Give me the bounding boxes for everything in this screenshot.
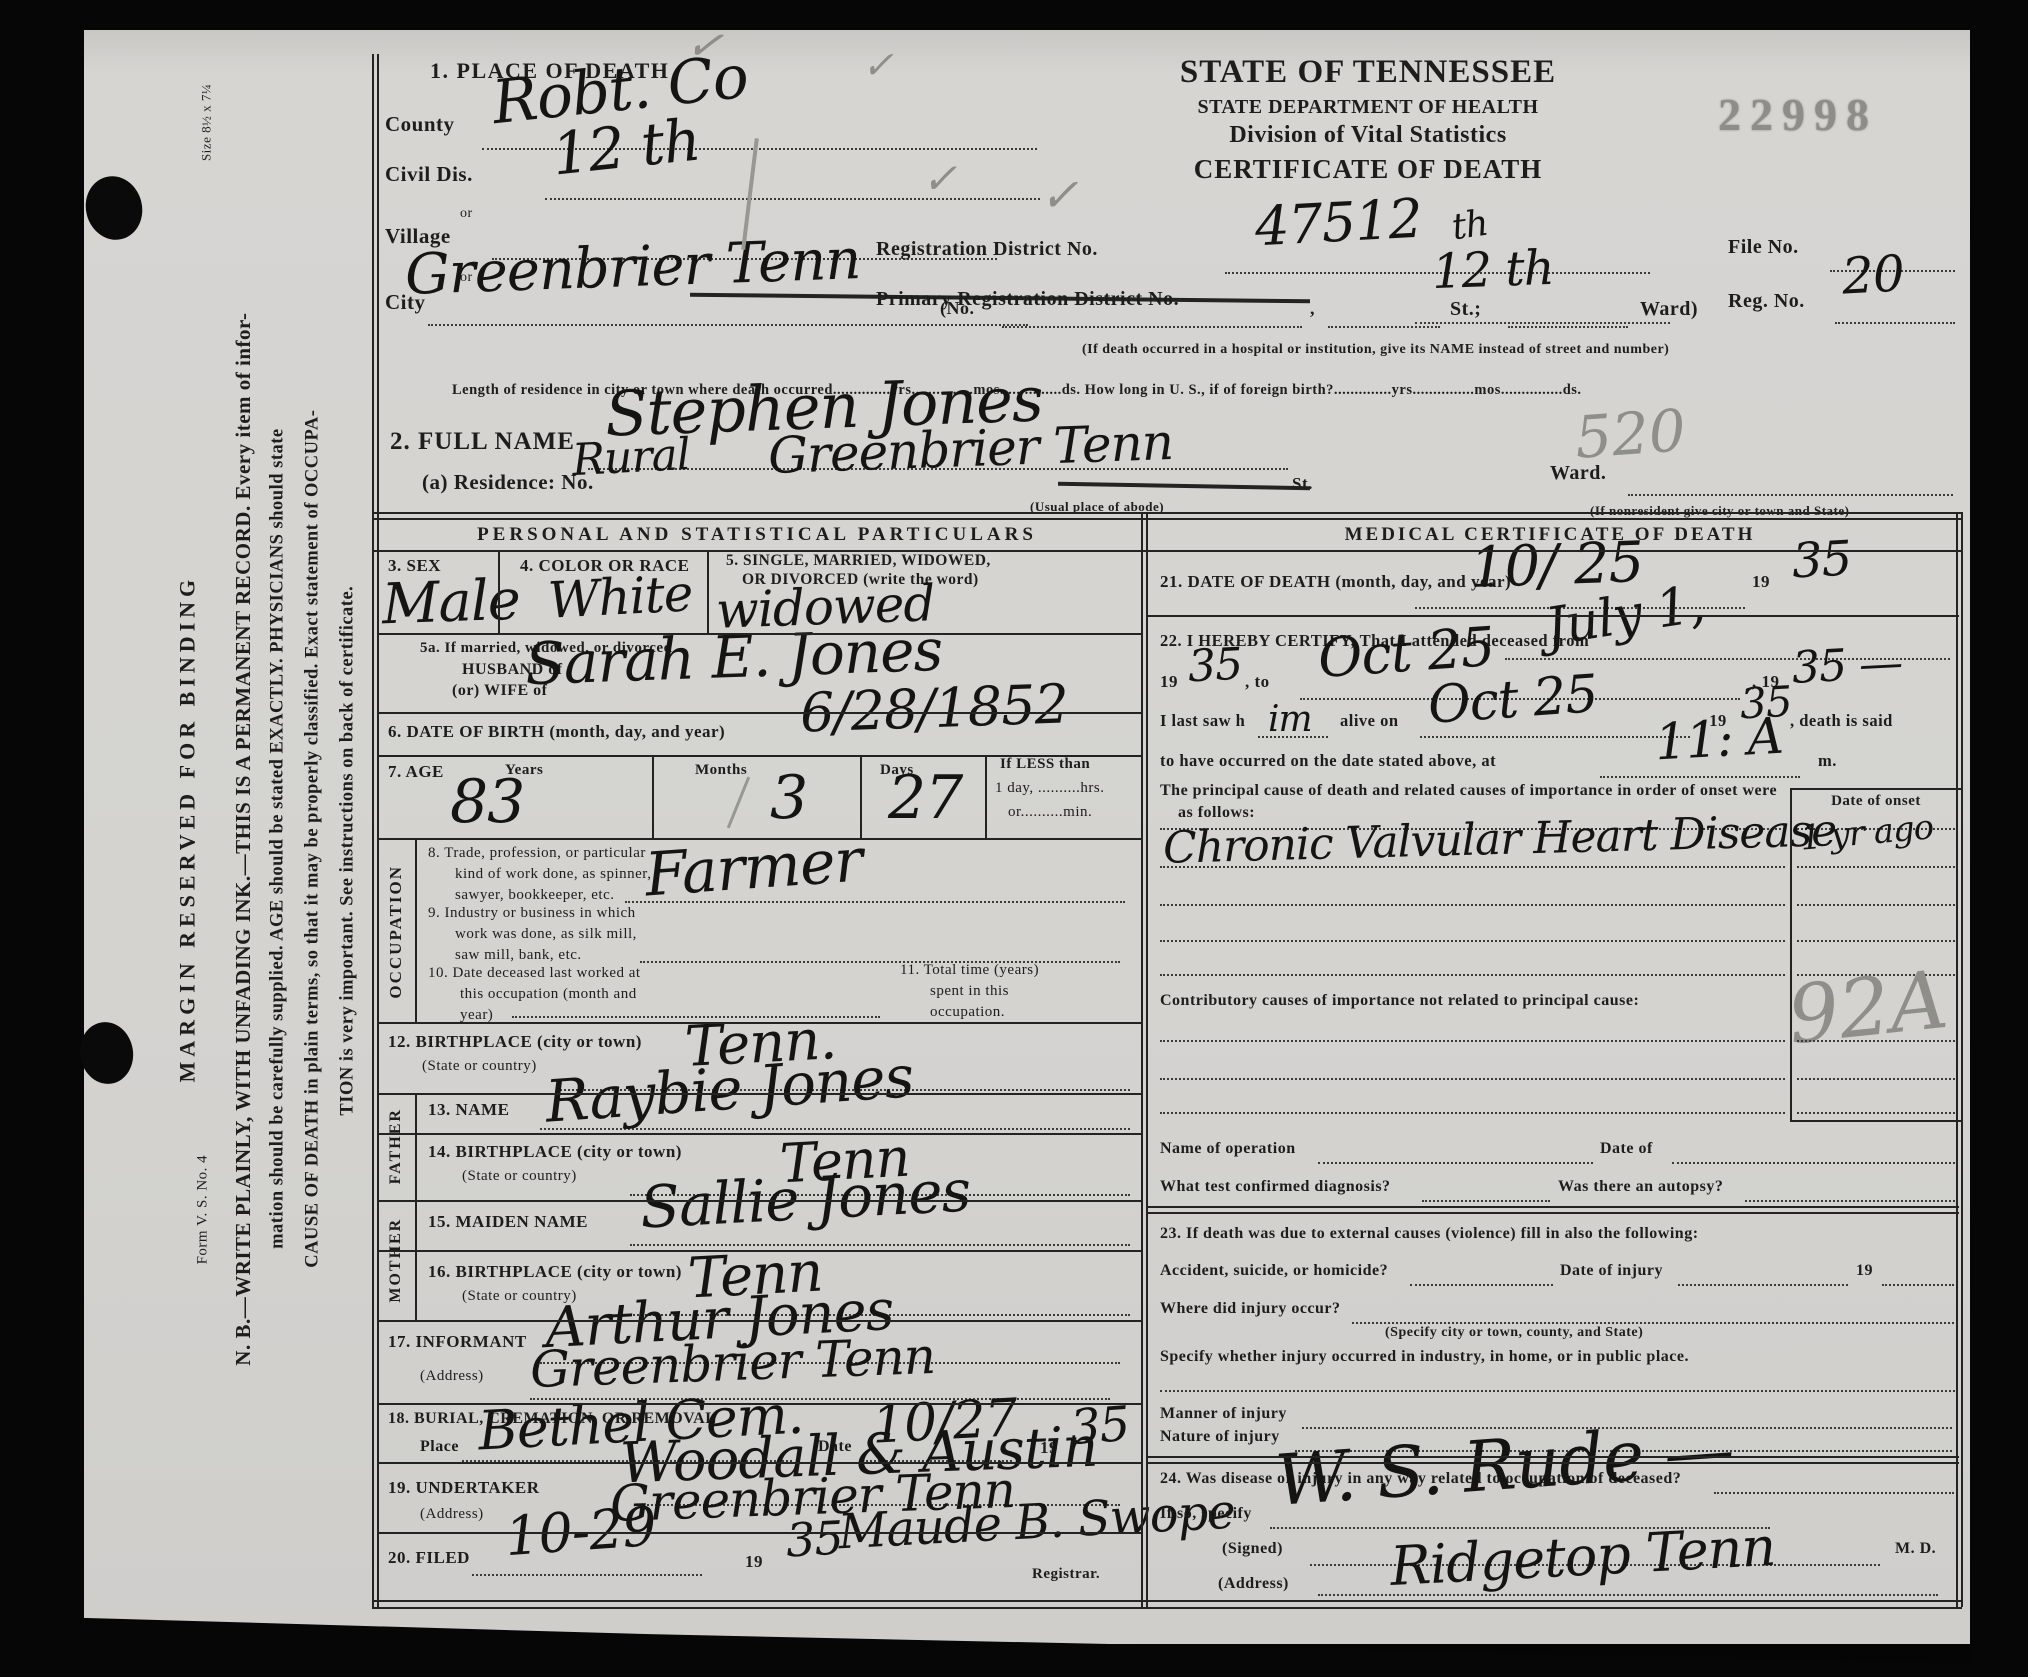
contributory-dotted-line1 [1160,1038,1785,1042]
age-less-label-line1: If LESS than [1000,756,1090,773]
registration-district-value-handwriting: 47512 [1254,192,1423,255]
scan-edge-left [0,0,84,1677]
last-saw-him-handwriting: im [1268,702,1312,738]
ward-dotted-line [1508,324,1628,328]
trade-label-line1: 8. Trade, profession, or particular [428,845,646,862]
certify-year1-handwriting: 35 [1187,643,1243,690]
cause-dotted-line4 [1160,938,1785,942]
father-birthplace-label: 14. BIRTHPLACE (city or town) [428,1142,682,1162]
department-title: STATE DEPARTMENT OF HEALTH [1088,96,1648,119]
city-dotted-line [428,322,1028,326]
last-saw-dotted-line2 [1420,734,1690,738]
rule-sex-race-divider [498,550,500,633]
certify-year2-handwriting: 35 — [1791,641,1903,691]
injury-date-label: Date of injury [1560,1262,1663,1280]
informant-label: 17. INFORMANT [388,1332,527,1352]
principal-cause-label-line1: The principal cause of death and related… [1160,782,1777,800]
primary-registration-label: Primary Registration District No. [876,288,1179,311]
alive-on-label: alive on [1340,712,1399,731]
father-vertical-label: FATHER [387,1096,405,1196]
margin-nb-line1: N. B.—WRITE PLAINLY, WITH UNFADING INK.—… [231,79,255,1599]
contributory-onset-dotted-line3 [1797,1110,1955,1114]
father-name-label: 13. NAME [428,1100,509,1120]
test-label: What test confirmed diagnosis? [1160,1178,1391,1196]
rule-right-row1 [1147,615,1959,617]
rule-left-border-1 [372,54,374,1607]
rule-left-row5 [378,1022,1141,1024]
residence-street-label: St. [1292,474,1313,494]
race-value-handwriting: White [547,568,694,625]
date-of-birth-value-handwriting: 6/28/1852 [799,677,1069,740]
residence-city-handwriting: Greenbrier Tenn [767,417,1173,481]
filed-dotted-line [472,1572,702,1576]
civil-district-label: Civil Dis. [385,162,473,186]
accident-label: Accident, suicide, or homicide? [1160,1262,1388,1280]
contributory-onset-dotted-line2 [1797,1076,1955,1080]
filed-year-handwriting: 35 [785,1515,844,1564]
age-months-value-handwriting: 3 [770,768,807,828]
contributory-onset-dotted-line1 [1797,1038,1955,1042]
signed-label: (Signed) [1222,1540,1283,1558]
contributory-dotted-line3 [1160,1110,1785,1114]
last-worked-label-line1: 10. Date deceased last worked at [428,965,641,982]
test-dotted-line [1422,1198,1550,1202]
age-label: 7. AGE [388,762,444,782]
nature-of-injury-label: Nature of injury [1160,1428,1280,1446]
margin-form-number: Form V. S. No. 4 [194,1125,211,1295]
mother-name-value-handwriting: Sallie Jones [639,1161,972,1236]
last-saw-date-handwriting: Oct 25 [1426,668,1599,732]
md-label: M. D. [1895,1540,1936,1558]
age-months-label: Months [695,762,747,779]
injury-extra-dotted-line [1160,1388,1955,1392]
trade-label-line2: kind of work done, as spinner, [455,866,651,883]
mother-birthplace-label: 16. BIRTHPLACE (city or town) [428,1262,682,1282]
rule-left-row11 [378,1403,1141,1405]
rule-left-row8 [378,1200,1141,1202]
rule-bottom-double-2 [372,1607,1962,1609]
onset-dotted-line4 [1797,938,1955,942]
street-number-label: (No. [940,298,975,319]
contributory-label: Contributory causes of importance not re… [1160,992,1639,1010]
registration-district-label: Registration District No. [876,238,1098,261]
rule-occupation-label-divider [415,838,417,1022]
total-time-label-line1: 11. Total time (years) [900,962,1039,979]
rule-left-row6 [378,1093,1141,1095]
rule-right-double2a [1147,1456,1959,1458]
rule-age-divider2 [860,755,862,838]
primary-registration-value-handwriting: 12 th [1431,244,1554,296]
occurred-time-handwriting: 11: A [1654,711,1784,768]
pencil-check-2: ✓ [862,46,894,84]
residence-label: (a) Residence: No. [422,470,594,494]
register-number-dotted-line [1835,320,1955,324]
certificate-title: CERTIFICATE OF DEATH [1088,154,1648,185]
rule-right-double2b [1147,1462,1959,1464]
age-less-label-line3: or..........min. [1008,804,1092,821]
operation-date-dotted-line [1672,1160,1955,1164]
rule-center-divider-1 [1141,512,1143,1607]
ward-paren-label: Ward) [1640,298,1698,321]
rule-age-divider1 [652,755,654,838]
date-of-death-year-handwriting: 35 [1791,534,1853,585]
principal-cause-label-line2: as follows: [1178,804,1255,822]
rule-right-border-1 [1956,512,1958,1607]
autopsy-dotted-line [1745,1198,1955,1202]
rule-right-border-2 [1961,512,1963,1607]
industry-label-line1: 9. Industry or business in which [428,905,636,922]
pencil-check-4: ✓ [1040,172,1079,218]
margin-binding-note: MARGIN RESERVED FOR BINDING [174,449,199,1209]
onset-box-bottom-rule [1790,1120,1961,1122]
total-time-label-line2: spent in this [930,983,1009,1000]
industry-dotted-line [640,959,1120,963]
if-so-specify-label: If so, specify [1160,1505,1252,1523]
register-number-value-handwriting: 20 [1841,248,1905,301]
specify-where-note: Specify whether injury occurred in indus… [1160,1348,1689,1366]
margin-nb-line4: TION is very important. See instructions… [337,276,358,1426]
rule-right-double1a [1147,1206,1959,1208]
age-days-value-handwriting: 27 [888,768,962,828]
operation-label: Name of operation [1160,1140,1296,1158]
street-label: St.; [1450,298,1481,321]
trade-label-line3: sawyer, bookkeeper, etc. [455,887,614,904]
scan-edge-top [0,0,2028,30]
cause-dotted-line5 [1160,972,1785,976]
informant-address-label: (Address) [420,1368,484,1385]
last-saw-label: I last saw h [1160,712,1245,731]
onset-dotted-line2 [1797,864,1955,868]
rule-left-border-2 [377,54,379,1607]
rule-left-row10 [378,1320,1141,1322]
filed-label: 20. FILED [388,1548,470,1568]
rule-left-row13 [378,1532,1141,1534]
where-injury-label: Where did injury occur? [1160,1300,1341,1318]
or-label-1: or [460,206,473,222]
death-certificate-scan: MARGIN RESERVED FOR BINDING Form V. S. N… [0,0,2028,1677]
physician-address-label: (Address) [1218,1575,1289,1593]
industry-label-line3: saw mill, bank, etc. [455,947,582,964]
age-years-value-handwriting: 83 [450,772,524,832]
full-name-label: 2. FULL NAME [390,428,575,457]
residence-ward-label: Ward. [1550,462,1606,485]
margin-size-note: Size 8½ x 7¼ [200,47,215,197]
injury-19-label: 19 [1856,1262,1873,1280]
rule-race-marital-divider [707,550,709,633]
cause-dotted-line3 [1160,902,1785,906]
last-worked-label-line2: this occupation (month and [460,986,637,1003]
rule-left-row7 [378,1133,1141,1135]
pencil-520-annotation: 520 [1573,401,1687,467]
undertaker-address-label: (Address) [420,1506,484,1523]
civil-district-dotted-line [545,196,1040,200]
where-injury-dotted-line [1352,1320,1954,1324]
trade-value-handwriting: Farmer [643,831,864,906]
burial-place-label: Place [420,1438,459,1456]
rule-top-double-2 [372,518,1962,520]
certify-to-label: , to [1245,672,1270,692]
industry-label-line2: work was done, as silk mill, [455,926,637,943]
scan-edge-right [1970,0,2028,1677]
accident-dotted-line [1410,1282,1553,1286]
date-of-death-year-printed: 19 [1752,572,1770,592]
rule-onset-box-left [1790,788,1792,1120]
residence-value-handwriting: Rural [571,433,691,483]
county-label: County [385,112,455,136]
margin-nb-line3: CAUSE OF DEATH in plain terms, so that i… [302,89,323,1589]
age-less-label-line2: 1 day, ..........hrs. [995,780,1105,797]
personal-section-title: PERSONAL AND STATISTICAL PARTICULARS [382,524,1132,546]
onset-value-handwriting: 1 yr ago [1799,810,1935,855]
operation-date-label: Date of [1600,1140,1653,1158]
date-of-birth-label: 6. DATE OF BIRTH (month, day, and year) [388,722,725,742]
external-causes-label: 23. If death was due to external causes … [1160,1225,1699,1243]
onset-box-top-rule [1790,788,1961,790]
pencil-check-1: ✓ [683,22,726,71]
certificate-number-stamp: 22998 [1718,88,1878,141]
street-dotted-line [1328,324,1440,328]
undertaker-label: 19. UNDERTAKER [388,1478,540,1498]
birthplace-label2: (State or country) [422,1058,537,1075]
specify-city-note: (Specify city or town, county, and State… [1385,1325,1643,1341]
rule-left-row2 [378,712,1141,714]
mother-vertical-label: MOTHER [387,1205,405,1315]
father-birthplace-label2: (State or country) [462,1168,577,1185]
street-number-dotted-line [1002,324,1302,328]
file-number-label: File No. [1728,236,1799,259]
registrar-label: Registrar. [1032,1566,1100,1583]
rule-under-titles [372,550,1962,552]
hospital-instruction-note: (If death occurred in a hospital or inst… [1082,342,1669,358]
rule-left-row1 [378,633,1141,635]
occurred-dotted-line [1600,774,1800,778]
occupation-related-dotted-line [1714,1490,1954,1494]
injury-year-dotted-line [1882,1282,1954,1286]
birthplace-label: 12. BIRTHPLACE (city or town) [388,1032,642,1052]
rule-left-row4 [378,838,1141,840]
autopsy-label: Was there an autopsy? [1558,1178,1723,1196]
rule-left-row9 [378,1250,1141,1252]
filed-year-printed: 19 [745,1552,763,1572]
occurred-m-label: m. [1818,752,1837,771]
mother-maiden-name-label: 15. MAIDEN NAME [428,1212,588,1232]
rule-bottom-double-1 [372,1600,1962,1602]
street-comma: , [1310,298,1315,319]
occurred-label: to have occurred on the date stated abov… [1160,752,1496,771]
certify-year1-printed: 19 [1160,672,1178,692]
injury-date-dotted-line [1678,1282,1848,1286]
state-title: STATE OF TENNESSEE [1088,54,1648,92]
manner-of-injury-label: Manner of injury [1160,1405,1287,1423]
rule-center-divider-2 [1146,512,1148,1607]
registration-district-suffix-handwriting: th [1450,206,1490,247]
rule-parent-label-divider [415,1093,417,1320]
rule-top-double-1 [372,512,1962,514]
rule-right-double1b [1147,1212,1959,1214]
rule-left-row12 [378,1462,1141,1464]
occupation-vertical-label: OCCUPATION [386,837,406,1027]
onset-dotted-line3 [1797,902,1955,906]
residence-ward-dotted-line [1628,492,1953,496]
division-title: Division of Vital Statistics [1088,122,1648,150]
rule-left-row3 [378,755,1141,757]
pencil-check-3: ✓ [922,158,957,200]
register-number-label: Reg. No. [1728,290,1805,313]
date-of-death-label: 21. DATE OF DEATH (month, day, and year) [1160,572,1511,592]
rule-age-divider3 [985,755,987,838]
contributory-dotted-line2 [1160,1076,1785,1080]
last-saw-dotted-line1 [1258,734,1328,738]
total-time-label-line3: occupation. [930,1004,1005,1021]
civil-district-value-handwriting: 12 th [549,110,702,183]
death-is-said-label: , death is said [1790,712,1893,731]
margin-nb-line2: mation should be carefully supplied. AGE… [267,89,288,1589]
marital-label-line1: 5. SINGLE, MARRIED, WIDOWED, [726,552,991,570]
operation-dotted-line [1318,1160,1593,1164]
